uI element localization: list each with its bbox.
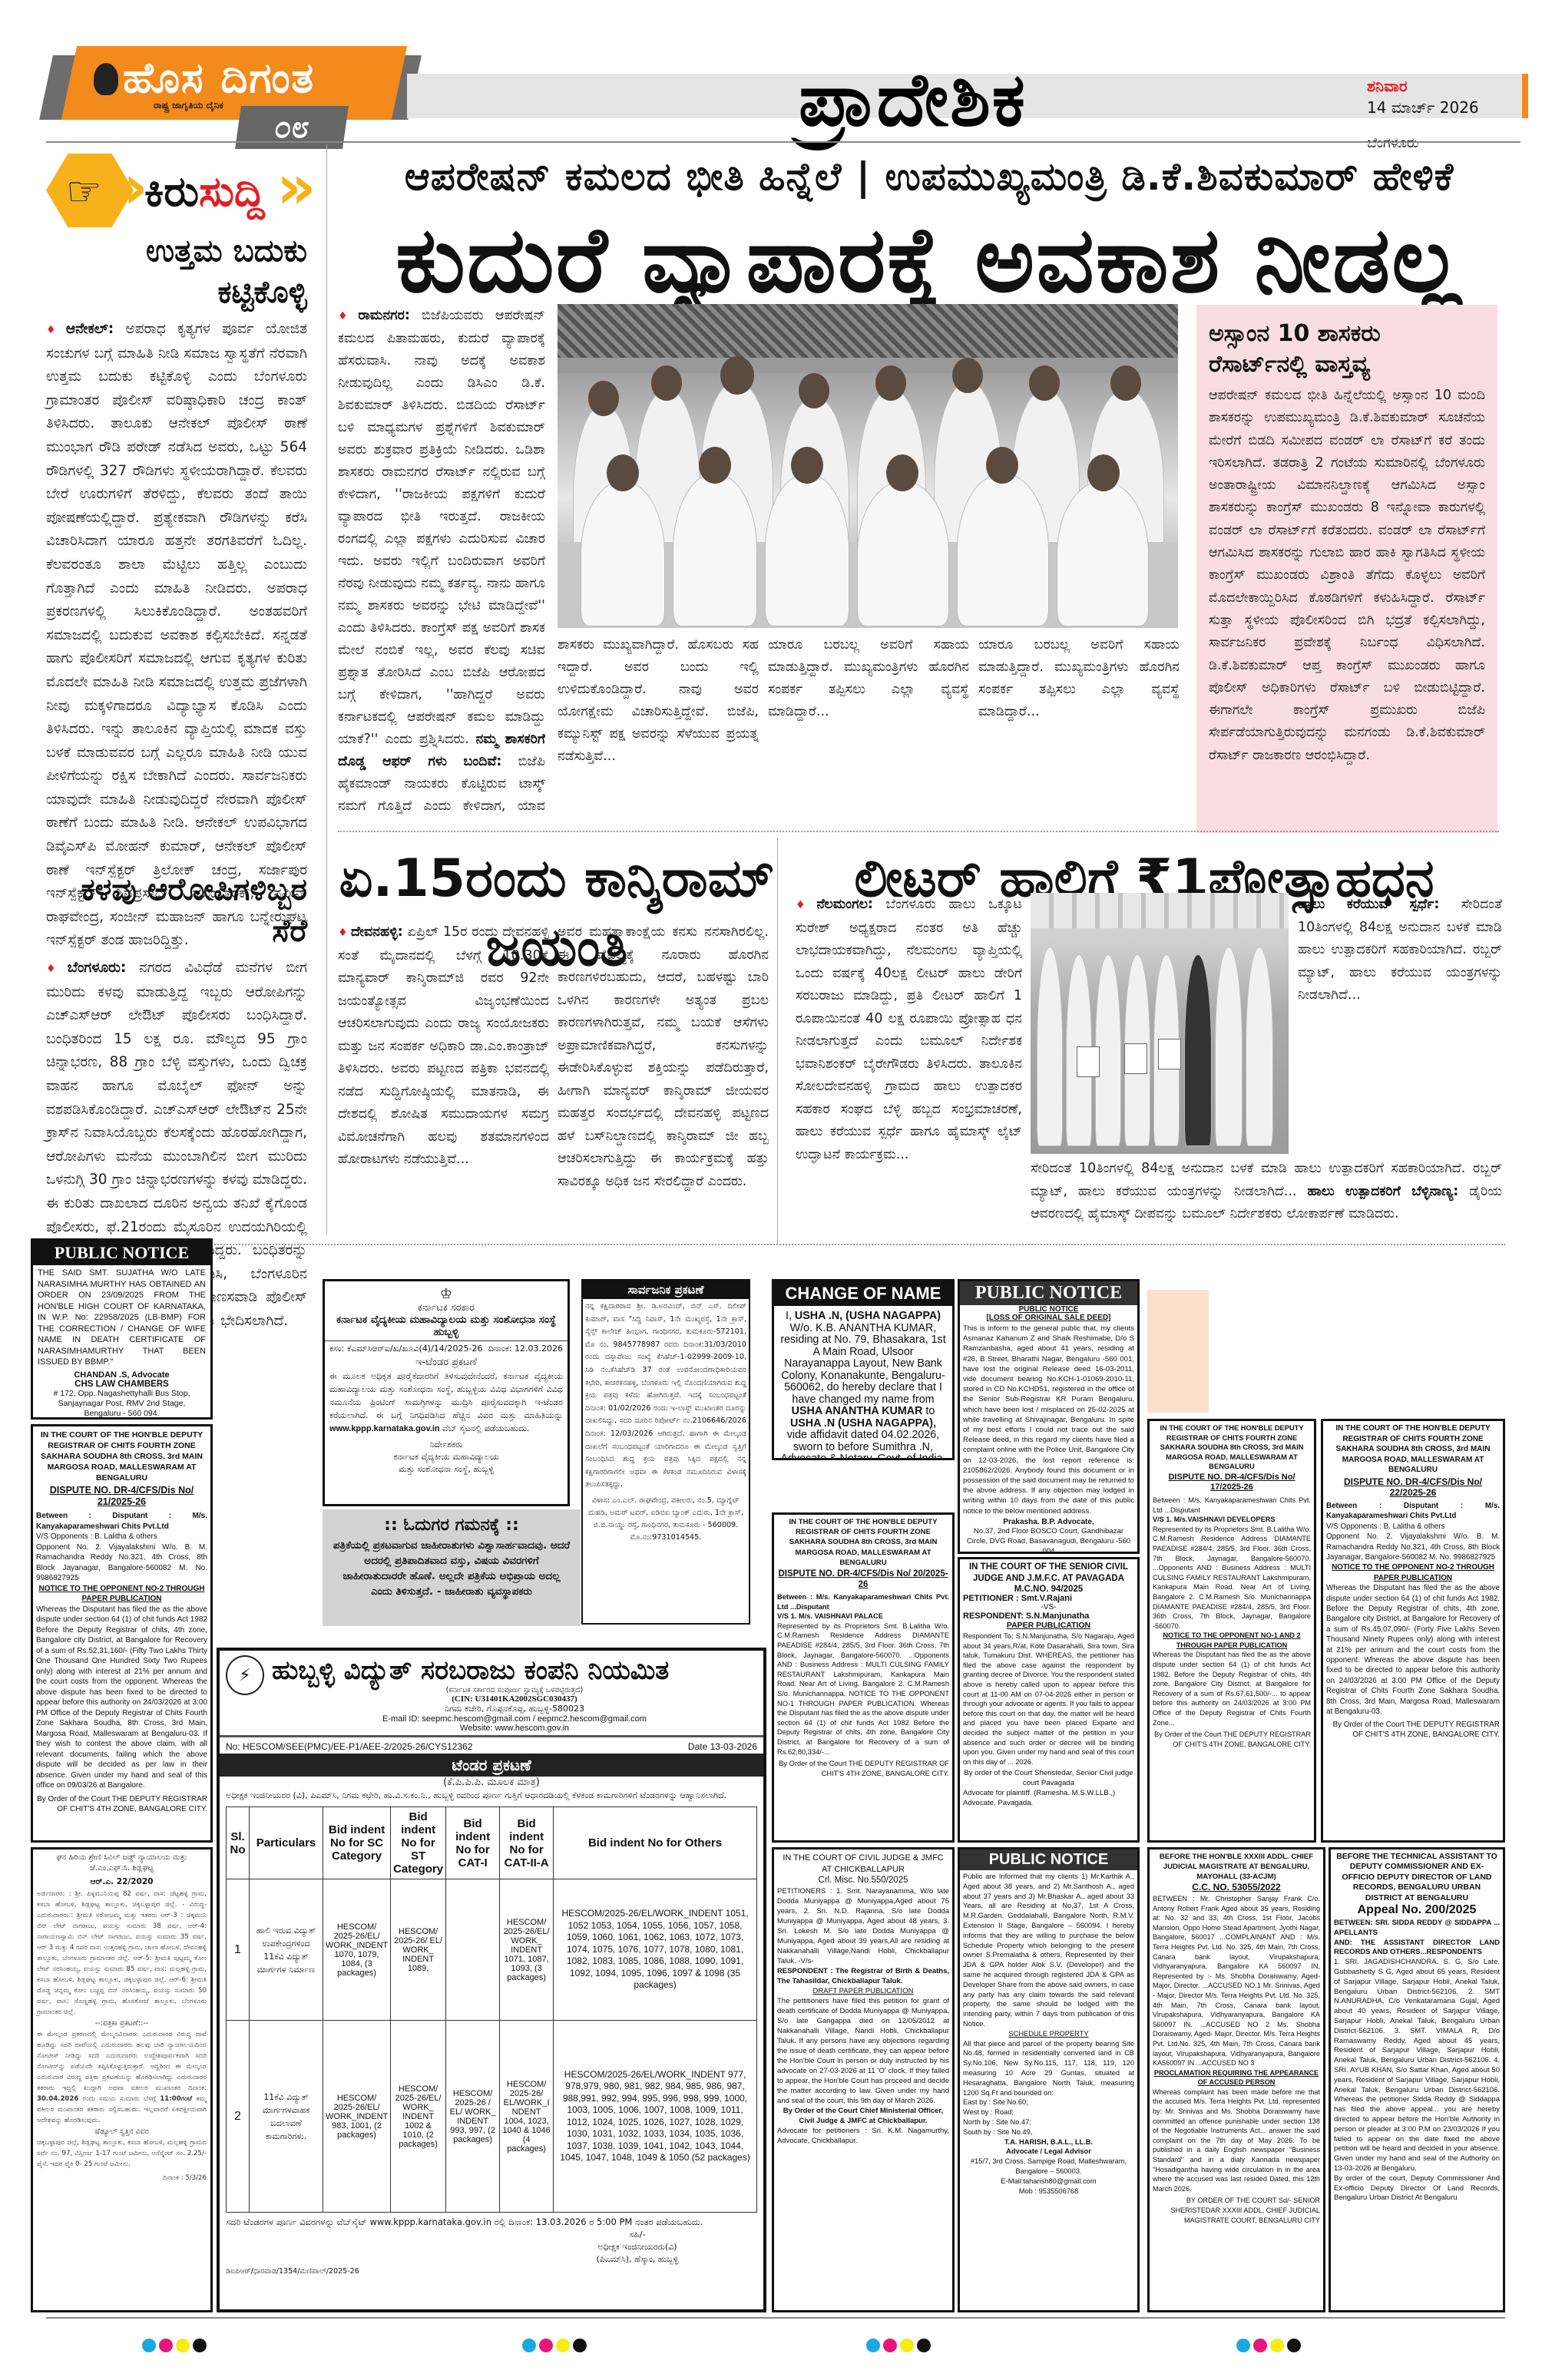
bottom-rule — [46, 2317, 1505, 2319]
assam-sidebar: ಅಸ್ಸಾಂನ 10 ಶಾಸಕರು ರೆಸಾರ್ಟ್‌ನಲ್ಲಿ ವಾಸ್ತವ್… — [1196, 305, 1497, 833]
land-appeal-notice-ad: BEFORE THE TECHNICAL ASSISTANT TO DEPUTY… — [1329, 1847, 1505, 2312]
date-block: ಶನಿವಾರ 14 ಮಾರ್ಚ್ 2026 ಬೆಂಗಳೂರು — [1367, 77, 1479, 151]
tender-table: Sl. No Particulars Bid indent No for SC … — [226, 1806, 757, 2213]
column-divider — [326, 144, 327, 1235]
edition-city: ಬೆಂಗಳೂರು — [1367, 135, 1479, 151]
dateline: ಬೆಂಗಳೂರು: — [68, 960, 127, 976]
paper-name: ಹೊಸ ದಿಗಂತ — [123, 54, 315, 103]
main-story-col2: ಶಾಸಕರು ಮುಖ್ಯವಾಗಿದ್ದಾರೆ. ಹೊಸಬರು ಸಹ ಇದ್ದಾರ… — [558, 634, 759, 818]
acjm-court-notice-ad: BEFORE THE HON'BLE XXXIII ADDL. CHIEF JU… — [1147, 1847, 1325, 2312]
hescom-website[interactable]: Website: www.hescom.gov.in — [272, 1724, 757, 1733]
story-body: ಅಪರಾಧ ಕೃತ್ಯಗಳ ಪೂರ್ವ ಯೋಜಿತ ಸಂಚುಗಳ ಬಗ್ಗೆ ಮ… — [46, 321, 307, 948]
main-headline: ಕುದುರೆ ವ್ಯಾಪಾರಕ್ಕೆ ಅವಕಾಶ ನೀಡಲ್ಲ — [338, 206, 1520, 313]
court-notice-ad: IN THE COURT OF THE HON'BLE DEPUTY REGIS… — [31, 1424, 213, 1843]
main-story-col3: ಯಾರೂ ಬರಬಲ್ಲ ಅವರಿಗೆ ಸಹಾಯ ಮಾಡುತ್ತಿದ್ದಾರೆ. … — [768, 634, 969, 818]
kannada-court-notice-ad: ಘನ ಹಿರಿಯ ಶ್ರೇಣಿ ಸಿವಿಲ್ ಜಡ್ಜ್ ನ್ಯಾಯಾಲಯ ಮತ… — [31, 1847, 213, 2312]
section-divider — [46, 1244, 1505, 1245]
brief-headline: ಕಳವು ಆರೋಪಿಗಳಿಬ್ಬರ ಸೆರೆ — [46, 869, 307, 952]
issue-date: 14 ಮಾರ್ಚ್ 2026 — [1367, 98, 1479, 117]
sidebar-headline: ಅಸ್ಸಾಂನ 10 ಶಾಸಕರು ರೆಸಾರ್ಟ್‌ನಲ್ಲಿ ವಾಸ್ತವ್… — [1196, 305, 1396, 380]
milk-col1: ♦ನೆಲಮಂಗಲ: ಬೆಂಗಳೂರು ಹಾಲು ಒಕ್ಕೂಟ ಸುರೇಶ್ ಅಧ… — [796, 894, 1022, 1247]
kiru-suddi-label: ಕಿರುಸುದ್ದಿ — [144, 167, 265, 217]
court-notice-ad: IN THE COURT OF THE HON'BLE DEPUTY REGIS… — [1147, 1419, 1316, 1843]
chickballapur-court-notice-ad: IN THE COURT OF CIVIL JUDGE & JMFC AT CH… — [772, 1847, 955, 2312]
table-row: 1 ಹಾಲಿ ಇರುವ ವಿದ್ಯುತ್ ಉಪಕೇಂದ್ರಗಳಿಂದ 11ಕೆವ… — [227, 1879, 757, 2021]
kppp-link[interactable]: www.kppp.karnataka.gov.in — [329, 1424, 440, 1433]
masthead: ಹೊಸ ದಿಗಂತ ರಾಷ್ಟ್ರ ಜಾಗೃತಿಯ ದೈನಿಕ ೦೮ ಪ್ರಾದ… — [46, 46, 1520, 144]
karnataka-emblem-icon: ♔ — [325, 1286, 567, 1302]
schedule-property-notice-ad: PUBLIC NOTICE Public are Informed that m… — [958, 1847, 1140, 2312]
dateline: ಆನೇಕಲ್: — [66, 321, 114, 337]
saarvajanika-notice-ad: ಸಾರ್ವಜನಿಕ ಪ್ರಕಟಣೆ ನನ್ನ ಕಕ್ಷಿದಾರರಾದ ಶ್ರೀ.… — [581, 1279, 750, 1625]
public-notice-ad: PUBLIC NOTICE THE SAID SMT. SUJATHA W/O … — [31, 1238, 213, 1420]
peach-panel — [1147, 1290, 1209, 1413]
table-row: 2 11ಕೆವಿ ವಿದ್ಯುತ್ ಮಾರ್ಗಗಳವಾಹಕ ಬದಲಾವಣೆ ಕಾ… — [227, 2021, 757, 2213]
registration-marks — [522, 2339, 587, 2352]
cyan-dot-icon — [142, 2339, 156, 2352]
column-divider — [777, 838, 778, 1245]
registration-marks — [1236, 2339, 1301, 2352]
masthead-rule — [46, 141, 1520, 143]
bullet-icon: ♦ — [46, 963, 65, 975]
chevron-icon: » — [276, 150, 316, 224]
milk-photo — [1031, 893, 1289, 1154]
section-divider — [338, 831, 1499, 832]
brief-story-1: ಉತ್ತಮ ಬದುಕು ಕಟ್ಟಿಕೊಳ್ಳಿ ♦ಆನೇಕಲ್: ಅಪರಾಧ ಕ… — [46, 230, 307, 953]
registration-marks — [866, 2339, 931, 2352]
brief-headline: ಉತ್ತಮ ಬದುಕು ಕಟ್ಟಿಕೊಳ್ಳಿ — [46, 230, 307, 313]
milk-col2-top: ಹಾಲು ಕರೆಯುವ ಸ್ಪರ್ಧೆ: ಸೇರಿದಂತೆ 10ತಿಂಗಳಲ್ಲ… — [1298, 894, 1502, 1155]
hescom-tender-ad: ⚡ ಹುಬ್ಬಳ್ಳಿ ವಿದ್ಯುತ್ ಸರಬರಾಜು ಕಂಪನಿ ನಿಯಮಿ… — [217, 1648, 766, 2312]
readers-note-box: :: ಓದುಗರ ಗಮನಕ್ಕೆ :: ಪತ್ರಿಕೆಯಲ್ಲಿ ಪ್ರಕಟವಾ… — [323, 1509, 581, 1626]
change-of-name-ad: CHANGE OF NAME I, USHA .N, (USHA NAGAPPA… — [772, 1279, 955, 1460]
court-notice-ad: IN THE COURT OF THE HON'BLE DEPUTY REGIS… — [1321, 1419, 1505, 1843]
kanshiram-col2: ಅವರ ಮಹತ್ವಾಕಾಂಕ್ಷೆಯ ಕನಸು ನನಸಾಗಿರಲಿಲ್ಲ. ಈ … — [558, 921, 769, 1244]
registration-marks — [142, 2339, 207, 2352]
main-kicker: ಆಪರೇಷನ್ ಕಮಲದ ಭೀತಿ ಹಿನ್ನೆಲೆ | ಉಪಮುಖ್ಯಮಂತ್… — [338, 154, 1520, 200]
main-story-col1: ♦ರಾಮನಗರ: ಬಿಜೆಪಿಯವರು ಆಪರೇಷನ್ ಕಮಲದ ಪಿತಾಮಹರ… — [338, 305, 545, 819]
yellow-dot-icon — [176, 2339, 190, 2352]
loss-of-deed-notice-ad: PUBLIC NOTICE PUBLIC NOTICE [LOSS OF ORI… — [958, 1279, 1140, 1554]
hescom-logo-icon: ⚡ — [226, 1655, 264, 1695]
court-notice-ad: IN THE COURT OF THE HON'BLE DEPUTY REGIS… — [772, 1512, 955, 1843]
main-story-col4: ಯಾರೂ ಬರಬಲ್ಲ ಅವರಿಗೆ ಸಹಾಯ ಮಾಡುತ್ತಿದ್ದಾರೆ. … — [978, 634, 1180, 818]
bullet-icon: ♦ — [46, 324, 63, 336]
milk-col2-bottom: ಸೇರಿದಂತೆ 10ತಿಂಗಳಲ್ಲಿ 84ಲಕ್ಷ ಅನುದಾನ ಬಳಕೆ … — [1031, 1158, 1502, 1242]
sidebar-body: ಆಪರೇಷನ್ ಕಮಲದ ಭೀತಿ ಹಿನ್ನೆಲೆಯಲ್ಲಿ ಅಸ್ಸಾಂನ … — [1196, 380, 1497, 772]
paper-tagline: ರಾಷ್ಟ್ರ ಜಾಗೃತಿಯ ದೈನಿಕ — [154, 100, 223, 111]
pavagada-court-notice-ad: IN THE COURT OF THE SENIOR CIVIL JUDGE A… — [958, 1557, 1140, 1843]
kmcri-tender-ad: ♔ ಕರ್ನಾಟಕ ಸರಕಾರ ಕರ್ನಾಟಕ ವೈದ್ಯಕೀಯ ಮಹಾವಿದ್… — [323, 1279, 570, 1506]
newspaper-logo[interactable]: ಹೊಸ ದಿಗಂತ ರಾಷ್ಟ್ರ ಜಾಗೃತಿಯ ದೈನಿಕ ೦೮ — [46, 46, 407, 144]
emblem-icon — [94, 63, 118, 95]
pointing-hand-icon: ☞ — [66, 169, 102, 215]
weekday: ಶನಿವಾರ — [1367, 77, 1479, 95]
section-title: ಪ್ರಾದೇಶಿಕ — [799, 57, 1027, 144]
kanshiram-col1: ♦ದೇವನಹಳ್ಳಿ: ಏಪ್ರಿಲ್ 15ರ ರಂದು ದೇವನಹಳ್ಳಿ ಸ… — [338, 921, 549, 1244]
ad-body: THE SAID SMT. SUJATHA W/O LATE NARASIMHA… — [33, 1265, 210, 1370]
main-story-photo — [558, 304, 1178, 628]
ad-title: PUBLIC NOTICE — [33, 1241, 210, 1265]
black-dot-icon — [193, 2339, 207, 2352]
ad-body: ಅರ್ಜಿದಾರರು : ಶ್ರೀ. ಪಿಳ್ಳಮುನಿಯಪ್ಪ 82 ವರ್ಷ… — [33, 1887, 210, 2019]
magenta-dot-icon — [159, 2339, 173, 2352]
